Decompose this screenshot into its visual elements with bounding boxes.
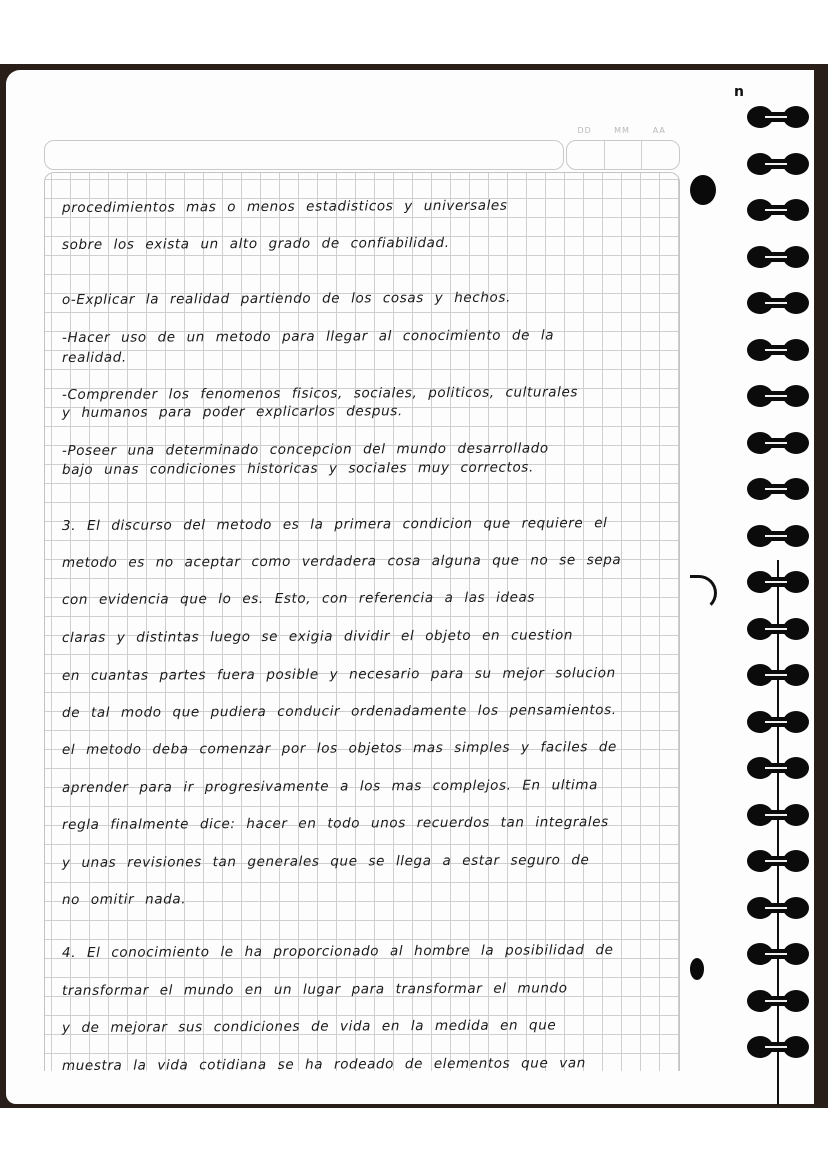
text-line: regla finalmente dice: hacer en todo uno… [62,814,609,833]
text-line: 4. El conocimiento le ha proporcionado a… [62,942,614,961]
spiral-ring-icon [747,106,809,128]
text-line: metodo es no aceptar como verdadera cosa… [62,552,621,571]
date-cell-month [604,141,642,169]
spiral-ring-icon [747,525,809,547]
spiral-ring-icon [747,478,809,500]
text-line: y de mejorar sus condiciones de vida en … [62,1017,556,1036]
date-field-box [566,140,680,170]
punch-hole-icon [690,958,704,980]
spiral-ring-icon [747,943,809,965]
text-line: no omitir nada. [62,891,186,908]
spiral-ring-icon [747,850,809,872]
punch-hole-icon [690,175,716,205]
text-line: sobre los exista un alto grado de confia… [62,235,450,253]
spiral-ring-icon [747,199,809,221]
spiral-ring-icon [747,618,809,640]
text-line: con evidencia que lo es. Esto, con refer… [62,590,535,608]
spiral-ring-icon [747,292,809,314]
text-line: claras y distintas luego se exigia divid… [62,627,573,646]
title-field-box [44,140,564,170]
spiral-ring-icon [747,571,809,593]
spiral-ring-icon [747,339,809,361]
spiral-ring-icon [747,990,809,1012]
date-label-year: AA [641,126,678,138]
text-line: en cuantas partes fuera posible y necesa… [62,665,616,684]
date-cell-day [567,141,604,169]
spiral-ring-icon [747,664,809,686]
text-line: muestra la vida cotidiana se ha rodeado … [62,1055,586,1074]
spiral-ring-icon [747,757,809,779]
text-line: el metodo deba comenzar por los objetos … [62,739,617,758]
text-line: de tal modo que pudiera conducir ordenad… [62,702,617,721]
date-labels: DD MM AA [566,126,678,138]
text-line: 3. El discurso del metodo es la primera … [62,515,608,534]
spiral-ring-icon [747,385,809,407]
corner-mark: n [734,84,744,100]
spiral-ring-icon [747,1036,809,1058]
text-line: o-Explicar la realidad partiendo de los … [62,290,511,308]
text-line: y unas revisiones tan generales que se l… [62,852,589,871]
spiral-spine [777,560,779,1105]
text-line: procedimientos mas o menos estadisticos … [62,198,508,216]
text-line: bajo unas condiciones historicas y socia… [62,460,534,478]
spiral-ring-icon [747,246,809,268]
text-line: -Poseer una determinado concepcion del m… [62,440,549,459]
spiral-ring-icon [747,897,809,919]
date-cell-year [641,141,679,169]
spiral-ring-icon [747,804,809,826]
date-label-day: DD [566,126,603,138]
text-line: aprender para ir progresivamente a los m… [62,777,598,796]
text-line: -Hacer uso de un metodo para llegar al c… [62,327,554,346]
text-line: realidad. [62,350,127,366]
text-line: transformar el mundo en un lugar para tr… [62,980,568,999]
text-line: y humanos para poder explicarlos despus. [62,403,403,421]
spiral-ring-icon [747,153,809,175]
spiral-ring-icon [747,432,809,454]
spiral-ring-icon [747,711,809,733]
date-label-month: MM [603,126,640,138]
text-line: -Comprender los fenomenos fisicos, socia… [62,384,578,403]
